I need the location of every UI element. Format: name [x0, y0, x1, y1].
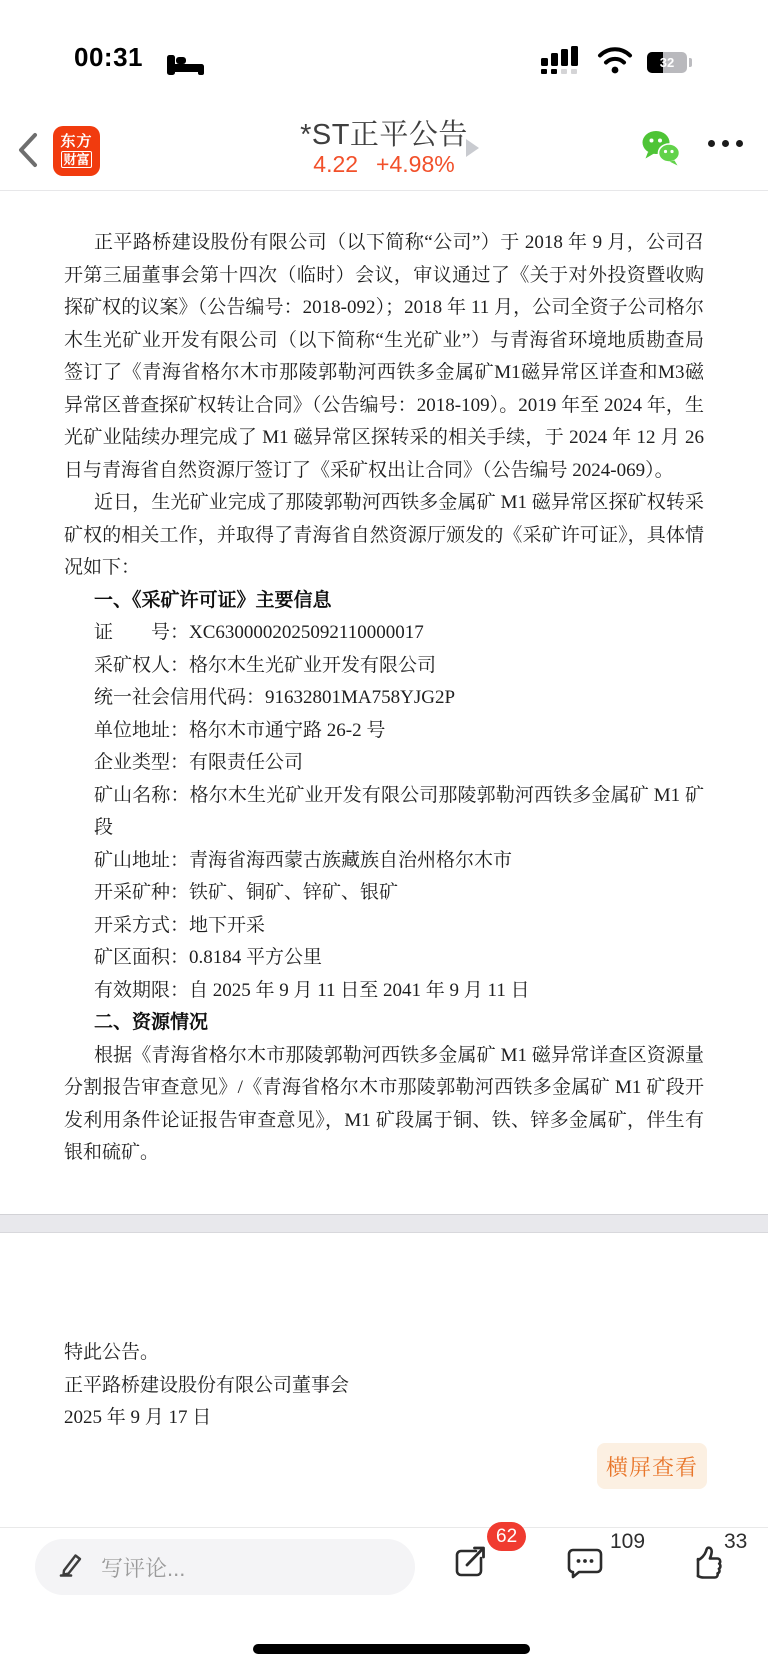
clock-time: 00:31 — [74, 42, 143, 73]
share-badge: 62 — [487, 1522, 526, 1551]
comment-bubble-icon[interactable] — [566, 1546, 604, 1587]
license-field: 开采方式：地下开采 — [64, 910, 704, 943]
license-field: 有效期限：自 2025 年 9 月 11 日至 2041 年 9 月 11 日 — [64, 975, 704, 1008]
thumbs-up-icon[interactable] — [688, 1543, 726, 1586]
comment-count: 109 — [610, 1530, 645, 1554]
comment-placeholder: 写评论... — [101, 1552, 185, 1583]
doc-section2-title: 二、资源情况 — [64, 1007, 704, 1040]
doc-paragraph-1: 正平路桥建设股份有限公司（以下简称“公司”）于 2018 年 9 月，公司召开第… — [64, 227, 704, 487]
license-field: 矿山地址：青海省海西蒙古族藏族自治州格尔木市 — [64, 845, 704, 878]
status-bar: 00:31 32 — [0, 0, 768, 96]
announcement-document: 正平路桥建设股份有限公司（以下简称“公司”）于 2018 年 9 月，公司召开第… — [0, 191, 768, 1529]
wifi-icon — [597, 47, 633, 79]
cellular-signal-icon — [541, 46, 583, 79]
stock-price: 4.22 — [313, 151, 358, 177]
license-field: 统一社会信用代码：91632801MA758YJG2P — [64, 682, 704, 715]
battery-icon: 32 — [647, 52, 687, 73]
doc-closing: 特此公告。 — [64, 1337, 704, 1370]
license-field: 开采矿种：铁矿、铜矿、锌矿、银矿 — [64, 877, 704, 910]
license-field: 证 号：XC6300002025092110000017 — [64, 617, 704, 650]
document-page-1: 正平路桥建设股份有限公司（以下简称“公司”）于 2018 年 9 月，公司召开第… — [0, 191, 768, 1214]
battery-nub — [689, 58, 692, 67]
stock-change: +4.98% — [376, 151, 455, 177]
doc-signature: 正平路桥建设股份有限公司董事会 — [64, 1370, 704, 1403]
nav-header: 东方 财富 *ST正平公告 4.22+4.98% — [0, 96, 768, 191]
license-field: 矿山名称：格尔木生光矿业开发有限公司那陵郭勒河西铁多金属矿 M1 矿段 — [64, 780, 704, 845]
more-menu-icon[interactable] — [708, 140, 743, 147]
doc-section1-title: 一、《采矿许可证》主要信息 — [64, 585, 704, 618]
battery-percent: 32 — [647, 52, 687, 73]
license-field: 单位地址：格尔木市通宁路 26-2 号 — [64, 715, 704, 748]
bottom-action-bar: 写评论... 62 109 33 — [0, 1527, 768, 1670]
doc-paragraph-2: 近日，生光矿业完成了那陵郭勒河西铁多金属矿 M1 磁异常区探矿权转采矿权的相关工… — [64, 487, 704, 585]
license-field: 矿区面积：0.8184 平方公里 — [64, 942, 704, 975]
page-separator — [0, 1214, 768, 1233]
license-field: 采矿权人：格尔木生光矿业开发有限公司 — [64, 650, 704, 683]
doc-paragraph-3: 根据《青海省格尔木市那陵郭勒河西铁多金属矿 M1 磁异常详查区资源量分割报告审查… — [64, 1040, 704, 1170]
landscape-view-button[interactable]: 横屏查看 — [597, 1443, 707, 1489]
license-field: 企业类型：有限责任公司 — [64, 747, 704, 780]
wechat-share-icon[interactable] — [640, 129, 682, 173]
like-count: 33 — [724, 1530, 747, 1554]
share-icon[interactable] — [452, 1544, 490, 1587]
home-indicator[interactable] — [253, 1644, 530, 1654]
doc-date: 2025 年 9 月 17 日 — [64, 1402, 704, 1435]
bedtime-icon — [167, 52, 204, 80]
pencil-icon — [57, 1551, 85, 1584]
comment-input[interactable]: 写评论... — [35, 1539, 415, 1595]
